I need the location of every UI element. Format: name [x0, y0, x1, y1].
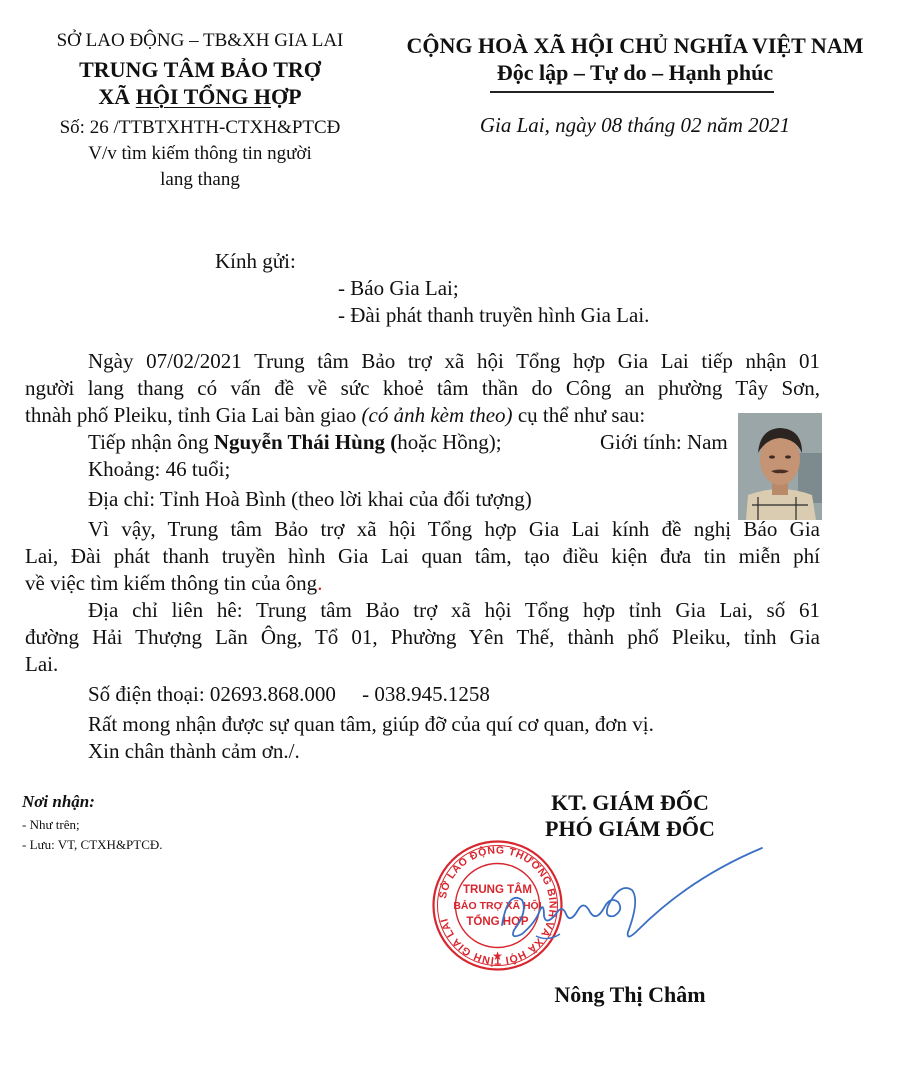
center-name-line2-post: ỢP: [271, 84, 302, 109]
center-name-line2-pre: XÃ: [98, 84, 135, 109]
p1-line3-end: cụ thể như sau:: [513, 403, 646, 427]
subject-line1: V/v tìm kiếm thông tin người: [0, 143, 400, 165]
recipient-item: - Đài phát thanh truyền hình Gia Lai.: [338, 303, 649, 328]
person-line: Tiếp nhận ông Nguyễn Thái Hùng (hoặc Hồn…: [88, 430, 502, 455]
person-prefix: Tiếp nhận ông: [88, 430, 214, 454]
closing-line2: Xin chân thành cảm ơn./.: [88, 739, 300, 764]
signature-title1: KT. GIÁM ĐỐC: [490, 790, 770, 816]
center-name-line2-underlined: HỘI TỔNG H: [136, 84, 271, 109]
closing-line1: Rất mong nhận được sự quan tâm, giúp đỡ …: [88, 712, 654, 737]
paragraph2-line1: Vì vậy, Trung tâm Bảo trợ xã hội Tổng hợ…: [88, 517, 820, 542]
recipients-label: Kính gửi:: [215, 249, 296, 274]
paragraph2-line3: về việc tìm kiếm thông tin của ông.: [25, 571, 322, 596]
recipient-item: - Báo Gia Lai;: [338, 276, 459, 301]
person-alt-name: hoặc Hồng);: [397, 430, 501, 454]
paragraph1-line1: Ngày 07/02/2021 Trung tâm Bảo trợ xã hội…: [88, 349, 820, 374]
motto: Độc lập – Tự do – Hạnh phúc: [390, 60, 880, 86]
gender: Giới tính: Nam: [600, 430, 728, 455]
p1-line3-text: thnàh phố Pleiku, tỉnh Gia Lai bàn giao: [25, 403, 362, 427]
signer-name: Nông Thị Châm: [490, 982, 770, 1008]
paragraph1-line3: thnàh phố Pleiku, tỉnh Gia Lai bàn giao …: [25, 403, 645, 428]
motto-underline: [490, 91, 774, 93]
paragraph3-line2: đường Hải Thượng Lãn Ông, Tổ 01, Phường …: [25, 625, 820, 650]
phone-numbers: Số điện thoại: 02693.868.000 - 038.945.1…: [88, 682, 490, 707]
p2-line3-text: về việc tìm kiếm thông tin của ông: [25, 571, 317, 595]
address: Địa chỉ: Tỉnh Hoà Bình (theo lời khai củ…: [88, 487, 532, 512]
place-date: Gia Lai, ngày 08 tháng 02 năm 2021: [390, 113, 880, 138]
distribution-label: Nơi nhận:: [22, 792, 95, 812]
center-name-line1: TRUNG TÂM BẢO TRỢ: [0, 57, 400, 83]
p2-line3-period: .: [317, 571, 322, 595]
document-number: Số: 26 /TTBTXHTH-CTXH&PTCĐ: [0, 117, 400, 139]
distribution-item: - Như trên;: [22, 817, 80, 833]
subject-line2: lang thang: [0, 169, 400, 191]
person-portrait-icon: [738, 413, 822, 520]
paragraph2-line2: Lai, Đài phát thanh truyền hình Gia Lai …: [25, 544, 820, 569]
signature-icon: [500, 830, 780, 960]
agency-name: SỞ LAO ĐỘNG – TB&XH GIA LAI: [0, 30, 400, 52]
paragraph1-line2: người lang thang có vấn đề về sức khoẻ t…: [25, 376, 820, 401]
paragraph3-line1: Địa chỉ liên hê: Trung tâm Bảo trợ xã hộ…: [88, 598, 820, 623]
person-photo: [738, 413, 822, 520]
age: Khoảng: 46 tuổi;: [88, 457, 230, 482]
nation-title: CỘNG HOÀ XÃ HỘI CHỦ NGHĨA VIỆT NAM: [390, 33, 880, 59]
paragraph3-line3: Lai.: [25, 652, 58, 677]
distribution-item: - Lưu: VT, CTXH&PTCĐ.: [22, 837, 163, 853]
person-name: Nguyễn Thái Hùng (: [214, 430, 397, 454]
center-name-line2: XÃ HỘI TỔNG HỢP: [0, 84, 400, 110]
p1-line3-italic: (có ảnh kèm theo): [362, 403, 513, 427]
